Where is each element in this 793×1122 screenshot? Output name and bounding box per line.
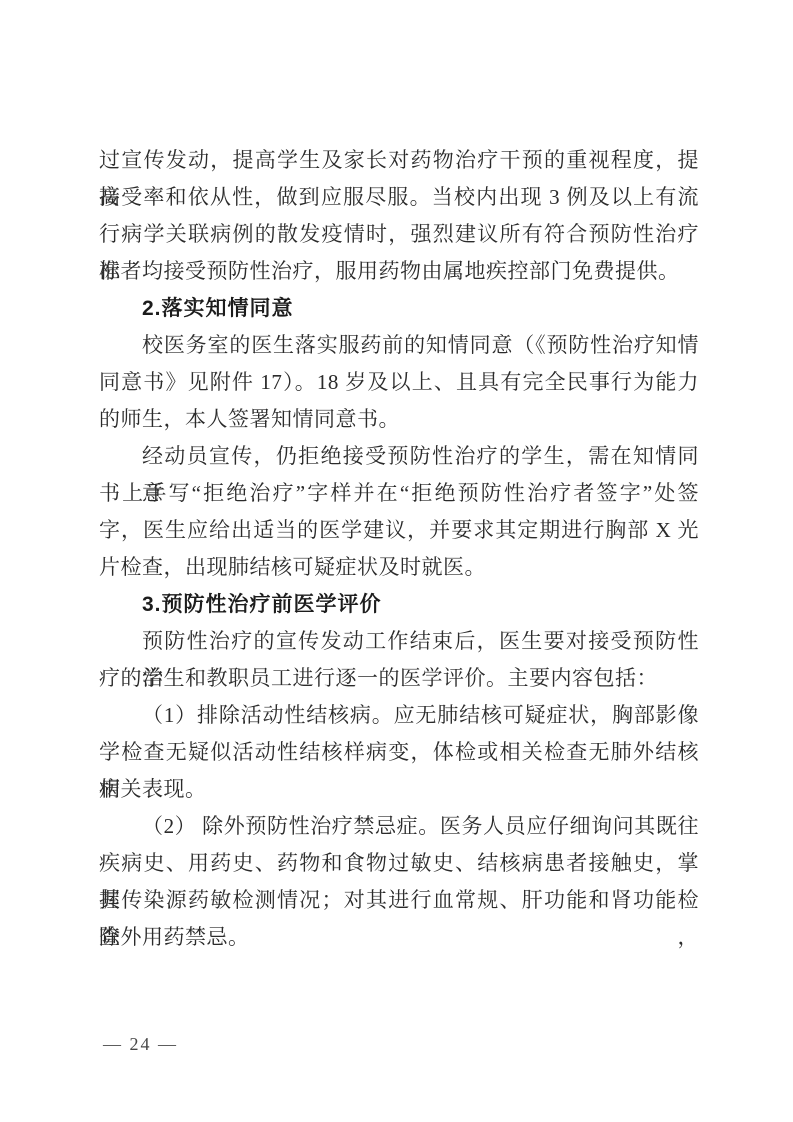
paragraph: 过宣传发动，提高学生及家长对药物治疗干预的重视程度，提高接受率和依从性，做到应服… xyxy=(99,142,699,290)
text-line: 经动员宣传，仍拒绝接受预防性治疗的学生，需在知情同意 xyxy=(99,438,699,475)
section-heading: 2.落实知情同意 xyxy=(99,290,699,327)
text-line: 预防性治疗的宣传发动工作结束后，医生要对接受预防性治 xyxy=(99,623,699,660)
text-line: 3.预防性治疗前医学评价 xyxy=(99,586,699,623)
text-line: 疗的学生和教职员工进行逐一的医学评价。主要内容包括： xyxy=(99,660,699,697)
text-line: （2） 除外预防性治疗禁忌症。医务人员应仔细询问其既往 xyxy=(99,808,699,845)
text-line: 同意书》见附件 17）。18 岁及以上、且具有完全民事行为能力 xyxy=(99,364,699,401)
text-line: 校医务室的医生落实服药前的知情同意（《预防性治疗知情 xyxy=(99,327,699,364)
paragraph: 校医务室的医生落实服药前的知情同意（《预防性治疗知情同意书》见附件 17）。18… xyxy=(99,327,699,438)
text-line: （1）排除活动性结核病。应无肺结核可疑症状，胸部影像 xyxy=(99,697,699,734)
text-line: 接受率和依从性，做到应服尽服。当校内出现 3 例及以上有流 xyxy=(99,179,699,216)
paragraph: （2） 除外预防性治疗禁忌症。医务人员应仔细询问其既往疾病史、用药史、药物和食物… xyxy=(99,808,699,956)
paragraph: （1）排除活动性结核病。应无肺结核可疑症状，胸部影像学检查无疑似活动性结核样病变… xyxy=(99,697,699,808)
text-line: 字，医生应给出适当的医学建议，并要求其定期进行胸部 X 光 xyxy=(99,512,699,549)
text-line: 准者均接受预防性治疗，服用药物由属地疾控部门免费提供。 xyxy=(99,253,699,290)
document-body: 过宣传发动，提高学生及家长对药物治疗干预的重视程度，提高接受率和依从性，做到应服… xyxy=(99,142,699,956)
paragraph: 经动员宣传，仍拒绝接受预防性治疗的学生，需在知情同意书上手写“拒绝治疗”字样并在… xyxy=(99,438,699,586)
page-number-text: — 24 — xyxy=(103,1034,178,1054)
text-line: 过宣传发动，提高学生及家长对药物治疗干预的重视程度，提高 xyxy=(99,142,699,179)
document-page: 过宣传发动，提高学生及家长对药物治疗干预的重视程度，提高接受率和依从性，做到应服… xyxy=(0,0,793,1122)
text-line: 其传染源药敏检测情况；对其进行血常规、肝功能和肾功能检查， xyxy=(99,882,699,919)
text-line: 行病学关联病例的散发疫情时，强烈建议所有符合预防性治疗标 xyxy=(99,216,699,253)
text-line: 2.落实知情同意 xyxy=(99,290,699,327)
section-heading: 3.预防性治疗前医学评价 xyxy=(99,586,699,623)
text-line: 疾病史、用药史、药物和食物过敏史、结核病患者接触史，掌握 xyxy=(99,845,699,882)
paragraph: 预防性治疗的宣传发动工作结束后，医生要对接受预防性治疗的学生和教职员工进行逐一的… xyxy=(99,623,699,697)
text-line: 学检查无疑似活动性结核样病变，体检或相关检查无肺外结核病 xyxy=(99,734,699,771)
text-line: 的师生，本人签署知情同意书。 xyxy=(99,401,699,438)
text-line: 片检查，出现肺结核可疑症状及时就医。 xyxy=(99,549,699,586)
page-number: — 24 — xyxy=(103,1030,178,1058)
text-line: 相关表现。 xyxy=(99,771,699,808)
text-line: 书上手写“拒绝治疗”字样并在“拒绝预防性治疗者签字”处签 xyxy=(99,475,699,512)
